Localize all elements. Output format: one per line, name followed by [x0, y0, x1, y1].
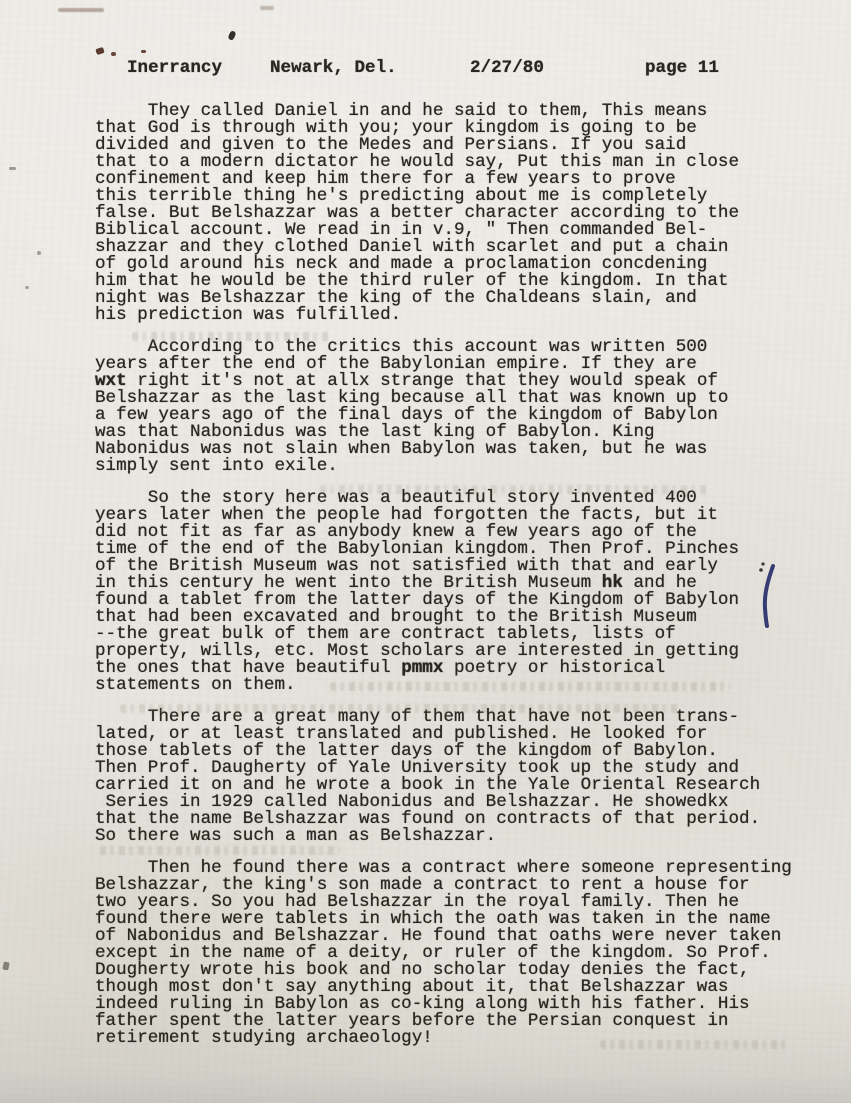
paragraph: Then he found there was a contract where…	[95, 860, 835, 1047]
header-page-number: page 11	[645, 58, 719, 78]
ink-speck	[25, 286, 29, 289]
text-line: retirement studying archaeology!	[95, 1030, 835, 1047]
paragraph: There are a great many of them that have…	[95, 709, 835, 845]
ink-speck	[227, 30, 236, 41]
text-line: statements on them.	[95, 677, 835, 694]
text-line: his prediction was fulfilled.	[95, 307, 835, 324]
ink-speck	[260, 6, 274, 10]
text-line: simply sent into exile.	[95, 458, 835, 475]
ink-speck	[141, 50, 146, 53]
header-title: Inerrancy	[127, 58, 222, 78]
scanned-page: Inerrancy Newark, Del. 2/27/80 page 11 T…	[0, 0, 851, 1103]
header-date: 2/27/80	[470, 58, 544, 78]
ink-speck	[37, 251, 41, 255]
paragraph: According to the critics this account wa…	[95, 339, 835, 475]
paragraph: So the story here was a beautiful story …	[95, 490, 835, 694]
ink-speck	[95, 47, 104, 55]
ink-speck	[2, 961, 10, 970]
text-line: So there was such a man as Belshazzar.	[95, 828, 835, 845]
ink-speck	[58, 8, 104, 12]
ink-speck	[9, 167, 16, 170]
header-location: Newark, Del.	[270, 58, 397, 78]
document-body: They called Daniel in and he said to the…	[95, 103, 835, 1062]
paragraph: They called Daniel in and he said to the…	[95, 103, 835, 324]
ink-speck	[111, 52, 116, 56]
